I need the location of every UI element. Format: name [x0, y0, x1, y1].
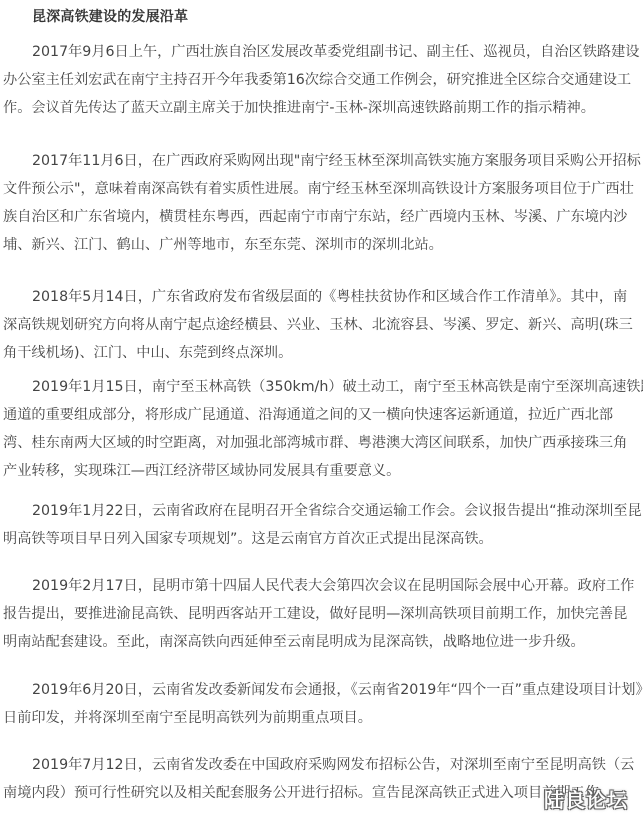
- paragraph-line: 通道的重要组成部分，将形成广昆通道、沿海通道之间的又一横向快速客运新通道，拉近广…: [3, 401, 643, 429]
- paragraph-line: 角干线机场)、江门、中山、东莞到终点深圳。: [3, 339, 643, 367]
- paragraph-line: 2018年5月14日，广东省政府发布省级层面的《粤桂扶贫协作和区域合作工作清单》…: [3, 283, 643, 311]
- paragraph-2017-09-06: 2017年9月6日上午，广西壮族自治区发展改革委党组副书记、副主任、巡视员，自治…: [3, 38, 643, 122]
- paragraph-line: 报告提出，要推进渝昆高铁、昆明西客站开工建设，做好昆明—深圳高铁项目前期工作，加…: [3, 600, 643, 628]
- paragraph-2019-01-22: 2019年1月22日，云南省政府在昆明召开全省综合交通运输工作会。会议报告提出“…: [3, 497, 643, 553]
- paragraph-line: 2017年11月6日，在广西政府采购网出现"南宁经玉林至深圳高铁实施方案服务项目…: [3, 147, 643, 175]
- paragraph-line: 深高铁规划研究方向将从南宁起点途经横县、兴业、玉林、北流容县、岑溪、罗定、新兴、…: [3, 311, 643, 339]
- paragraph-line: 办公室主任刘宏武在南宁主持召开今年我委第16次综合交通工作例会，研究推进全区综合…: [3, 66, 643, 94]
- paragraph-line: 2019年1月15日，南宁至玉林高铁（350km/h）破土动工，南宁至玉林高铁是…: [3, 373, 643, 401]
- paragraph-line: 2019年1月22日，云南省政府在昆明召开全省综合交通运输工作会。会议报告提出“…: [3, 497, 643, 525]
- paragraph-line: 族自治区和广东省境内，横贯桂东粤西，西起南宁市南宁东站，经广西境内玉林、岑溪、广…: [3, 203, 643, 231]
- paragraph-2019-02-17: 2019年2月17日，昆明市第十四届人民代表大会第四次会议在昆明国际会展中心开幕…: [3, 572, 643, 656]
- paragraph-line: 湾、桂东南两大区域的时空距离，对加强北部湾城市群、粤港澳大湾区间联系，加快广西承…: [3, 429, 643, 457]
- paragraph-2019-06-20: 2019年6月20日，云南省发改委新闻发布会通报，《云南省2019年“四个一百”…: [3, 676, 643, 732]
- forum-watermark: 陆良论坛: [544, 784, 628, 813]
- paragraph-line: 明高铁等项目早日列入国家专项规划”。这是云南官方首次正式提出昆深高铁。: [3, 525, 643, 553]
- paragraph-line: 2019年2月17日，昆明市第十四届人民代表大会第四次会议在昆明国际会展中心开幕…: [3, 572, 643, 600]
- article-title: 昆深高铁建设的发展沿革: [32, 6, 188, 26]
- paragraph-line: 产业转移，实现珠江—西江经济带区域协同发展具有重要意义。: [3, 457, 643, 485]
- paragraph-line: 日前印发，并将深圳至南宁至昆明高铁列为前期重点项目。: [3, 704, 643, 732]
- paragraph-line: 2019年7月12日，云南省发改委在中国政府采购网发布招标公告，对深圳至南宁至昆…: [3, 751, 643, 779]
- paragraph-line: 文件预公示"，意味着南深高铁有着实质性进展。南宁经玉林至深圳高铁设计方案服务项目…: [3, 175, 643, 203]
- paragraph-line: 埔、新兴、江门、鹤山、广州等地市，东至东莞、深圳市的深圳北站。: [3, 231, 643, 259]
- paragraph-line: 2019年6月20日，云南省发改委新闻发布会通报，《云南省2019年“四个一百”…: [3, 676, 643, 704]
- paragraph-2018-05-14: 2018年5月14日，广东省政府发布省级层面的《粤桂扶贫协作和区域合作工作清单》…: [3, 283, 643, 367]
- paragraph-2017-11-06: 2017年11月6日，在广西政府采购网出现"南宁经玉林至深圳高铁实施方案服务项目…: [3, 147, 643, 259]
- paragraph-line: 作。会议首先传达了蓝天立副主席关于加快推进南宁-玉林-深圳高速铁路前期工作的指示…: [3, 94, 643, 122]
- paragraph-line: 2017年9月6日上午，广西壮族自治区发展改革委党组副书记、副主任、巡视员，自治…: [3, 38, 643, 66]
- paragraph-2019-01-15: 2019年1月15日，南宁至玉林高铁（350km/h）破土动工，南宁至玉林高铁是…: [3, 373, 643, 485]
- paragraph-line: 明南站配套建设。至此，南深高铁向西延伸至云南昆明成为昆深高铁，战略地位进一步升级…: [3, 628, 643, 656]
